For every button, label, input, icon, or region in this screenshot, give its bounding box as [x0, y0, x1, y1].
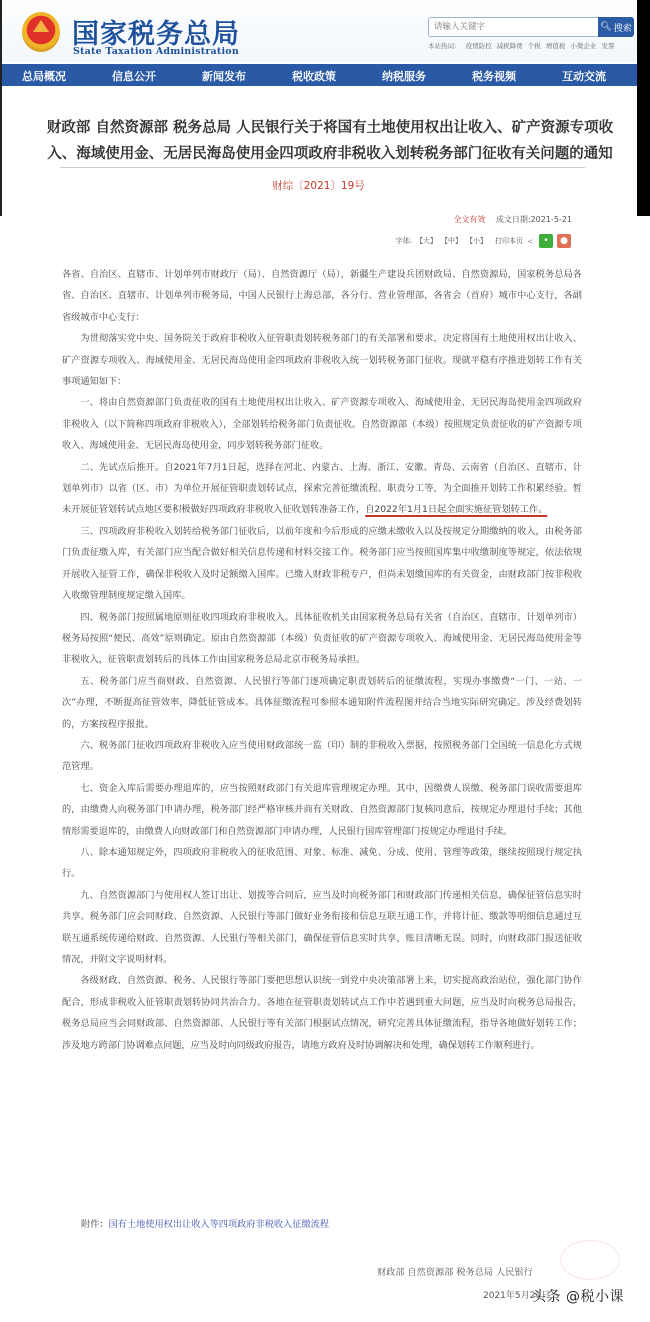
- hot-word-link[interactable]: 个税: [528, 42, 541, 50]
- hot-words: 本站热词： 疫情防控 减税降费 个税 增值税 小微企业 发票: [428, 41, 617, 50]
- title-divider: [60, 167, 585, 168]
- nav-item-tax-video[interactable]: 税务视频: [472, 68, 516, 84]
- document-tools: 字体: 【大】 【中】 【小】 打印本页 < • ●: [396, 234, 571, 248]
- document-body: 各省、自治区、直辖市、计划单列市财政厅（局）、自然资源厅（局），新疆生产建设兵团…: [62, 264, 582, 1056]
- share-icon[interactable]: <: [527, 237, 535, 245]
- document-title-line: 入、海域使用金、无居民海岛使用金四项政府非税收入划转税务部门征收有关问题的通知: [40, 141, 620, 167]
- search-button-label: 搜索: [614, 21, 632, 34]
- attachment-label: 附件：: [81, 1219, 109, 1230]
- font-large-button[interactable]: 【大】: [416, 236, 437, 246]
- page-header-screenshot: 国家税务总局 State Taxation Administration 🔍︎ …: [0, 0, 650, 216]
- hot-word-link[interactable]: 疫情防控: [466, 42, 492, 50]
- nav-item-overview[interactable]: 总局概况: [22, 68, 66, 84]
- hot-words-label: 本站热词：: [428, 42, 461, 50]
- document-title-line: 财政部 自然资源部 税务总局 人民银行关于将国有土地使用权出让收入、矿产资源专项…: [40, 115, 620, 141]
- signing-agencies: 财政部 自然资源部 税务总局 人民银行: [377, 1264, 533, 1278]
- item-paragraph: 三、四项政府非税收入划转给税务部门征收后，以前年度和今后形成的应缴未缴收入以及按…: [62, 521, 582, 607]
- screenshot-edge: [0, 0, 2, 216]
- watermark: 头条 @税小课: [532, 1286, 624, 1306]
- search-button[interactable]: 🔍︎ 搜索: [598, 17, 634, 37]
- item-paragraph: 九、自然资源部门与使用权人签订出让、划拨等合同后，应当及时向税务部门和财政部门传…: [62, 885, 582, 971]
- font-small-button[interactable]: 【小】: [466, 236, 487, 246]
- search-input[interactable]: [428, 17, 598, 37]
- item-paragraph: 七、资金入库后需要办理退库的，应当按照财政部门有关退库管理规定办理。其中，因缴费…: [62, 778, 582, 842]
- document-status: 全文有效 成文日期:2021-5-21: [453, 214, 572, 225]
- document-title: 财政部 自然资源部 税务总局 人民银行关于将国有土地使用权出让收入、矿产资源专项…: [40, 115, 620, 167]
- closing-paragraph: 各级财政、自然资源、税务、人民银行等部门要把思想认识统一到党中央决策部署上来，切…: [62, 970, 582, 1056]
- addressees: 各省、自治区、直辖市、计划单列市财政厅（局）、自然资源厅（局），新疆生产建设兵团…: [62, 264, 582, 328]
- hot-word-link[interactable]: 减税降费: [497, 42, 523, 50]
- font-medium-button[interactable]: 【中】: [441, 236, 462, 246]
- attachment: 附件：国有土地使用权出让收入等四项政府非税收入征缴流程: [81, 1216, 329, 1230]
- search-icon: 🔍︎: [600, 22, 611, 32]
- nav-item-tax-policy[interactable]: 税收政策: [292, 68, 336, 84]
- wechat-icon[interactable]: •: [539, 234, 553, 248]
- print-button[interactable]: 打印本页: [495, 236, 523, 246]
- hot-word-link[interactable]: 增值税: [546, 42, 566, 50]
- font-size-label: 字体:: [396, 236, 412, 246]
- document-number: 财综〔2021〕19号: [0, 178, 637, 193]
- item-paragraph: 八、除本通知规定外，四项政府非税收入的征收范围、对象、标准、减免、分成、使用、管…: [62, 842, 582, 885]
- nav-item-interaction[interactable]: 互动交流: [562, 68, 606, 84]
- intro-paragraph: 为贯彻落实党中央、国务院关于政府非税收入征管职责划转税务部门的有关部署和要求，决…: [62, 328, 582, 392]
- national-emblem-icon: [22, 12, 60, 52]
- screenshot-edge: [637, 0, 650, 216]
- attachment-link[interactable]: 国有土地使用权出让收入等四项政府非税收入征缴流程: [109, 1219, 330, 1230]
- item-paragraph: 五、税务部门应当商财政、自然资源、人民银行等部门逐项确定职责划转后的征缴流程，实…: [62, 671, 582, 735]
- validity-badge: 全文有效: [453, 215, 485, 224]
- weibo-icon[interactable]: ●: [557, 234, 571, 248]
- item-paragraph: 一、将由自然资源部门负责征收的国有土地使用权出让收入、矿产资源专项收入、海域使用…: [62, 392, 582, 456]
- official-seal: [560, 1240, 620, 1280]
- main-nav: 总局概况 信息公开 新闻发布 税收政策 纳税服务 税务视频 互动交流: [0, 64, 637, 86]
- nav-item-tax-service[interactable]: 纳税服务: [382, 68, 426, 84]
- nav-item-news[interactable]: 新闻发布: [202, 68, 246, 84]
- hot-word-link[interactable]: 小微企业: [570, 42, 596, 50]
- site-header: 国家税务总局 State Taxation Administration 🔍︎ …: [0, 0, 637, 62]
- site-subtitle: State Taxation Administration: [73, 46, 239, 57]
- highlighted-deadline: 自2022年1月1日起全面实施征管划转工作。: [365, 504, 547, 515]
- item-paragraph: 二、先试点后推开。自2021年7月1日起，选择在河北、内蒙古、上海、浙江、安徽、…: [62, 457, 582, 521]
- hot-word-link[interactable]: 发票: [601, 42, 614, 50]
- item-paragraph: 六、税务部门征收四项政府非税收入应当使用财政部统一监（印）制的非税收入票据，按照…: [62, 735, 582, 778]
- nav-item-info-disclosure[interactable]: 信息公开: [112, 68, 156, 84]
- item-paragraph: 四、税务部门按照属地原则征收四项政府非税收入。具体征收机关由国家税务总局有关省（…: [62, 607, 582, 671]
- search-bar: 🔍︎ 搜索: [428, 17, 634, 37]
- document-date: 成文日期:2021-5-21: [496, 215, 572, 224]
